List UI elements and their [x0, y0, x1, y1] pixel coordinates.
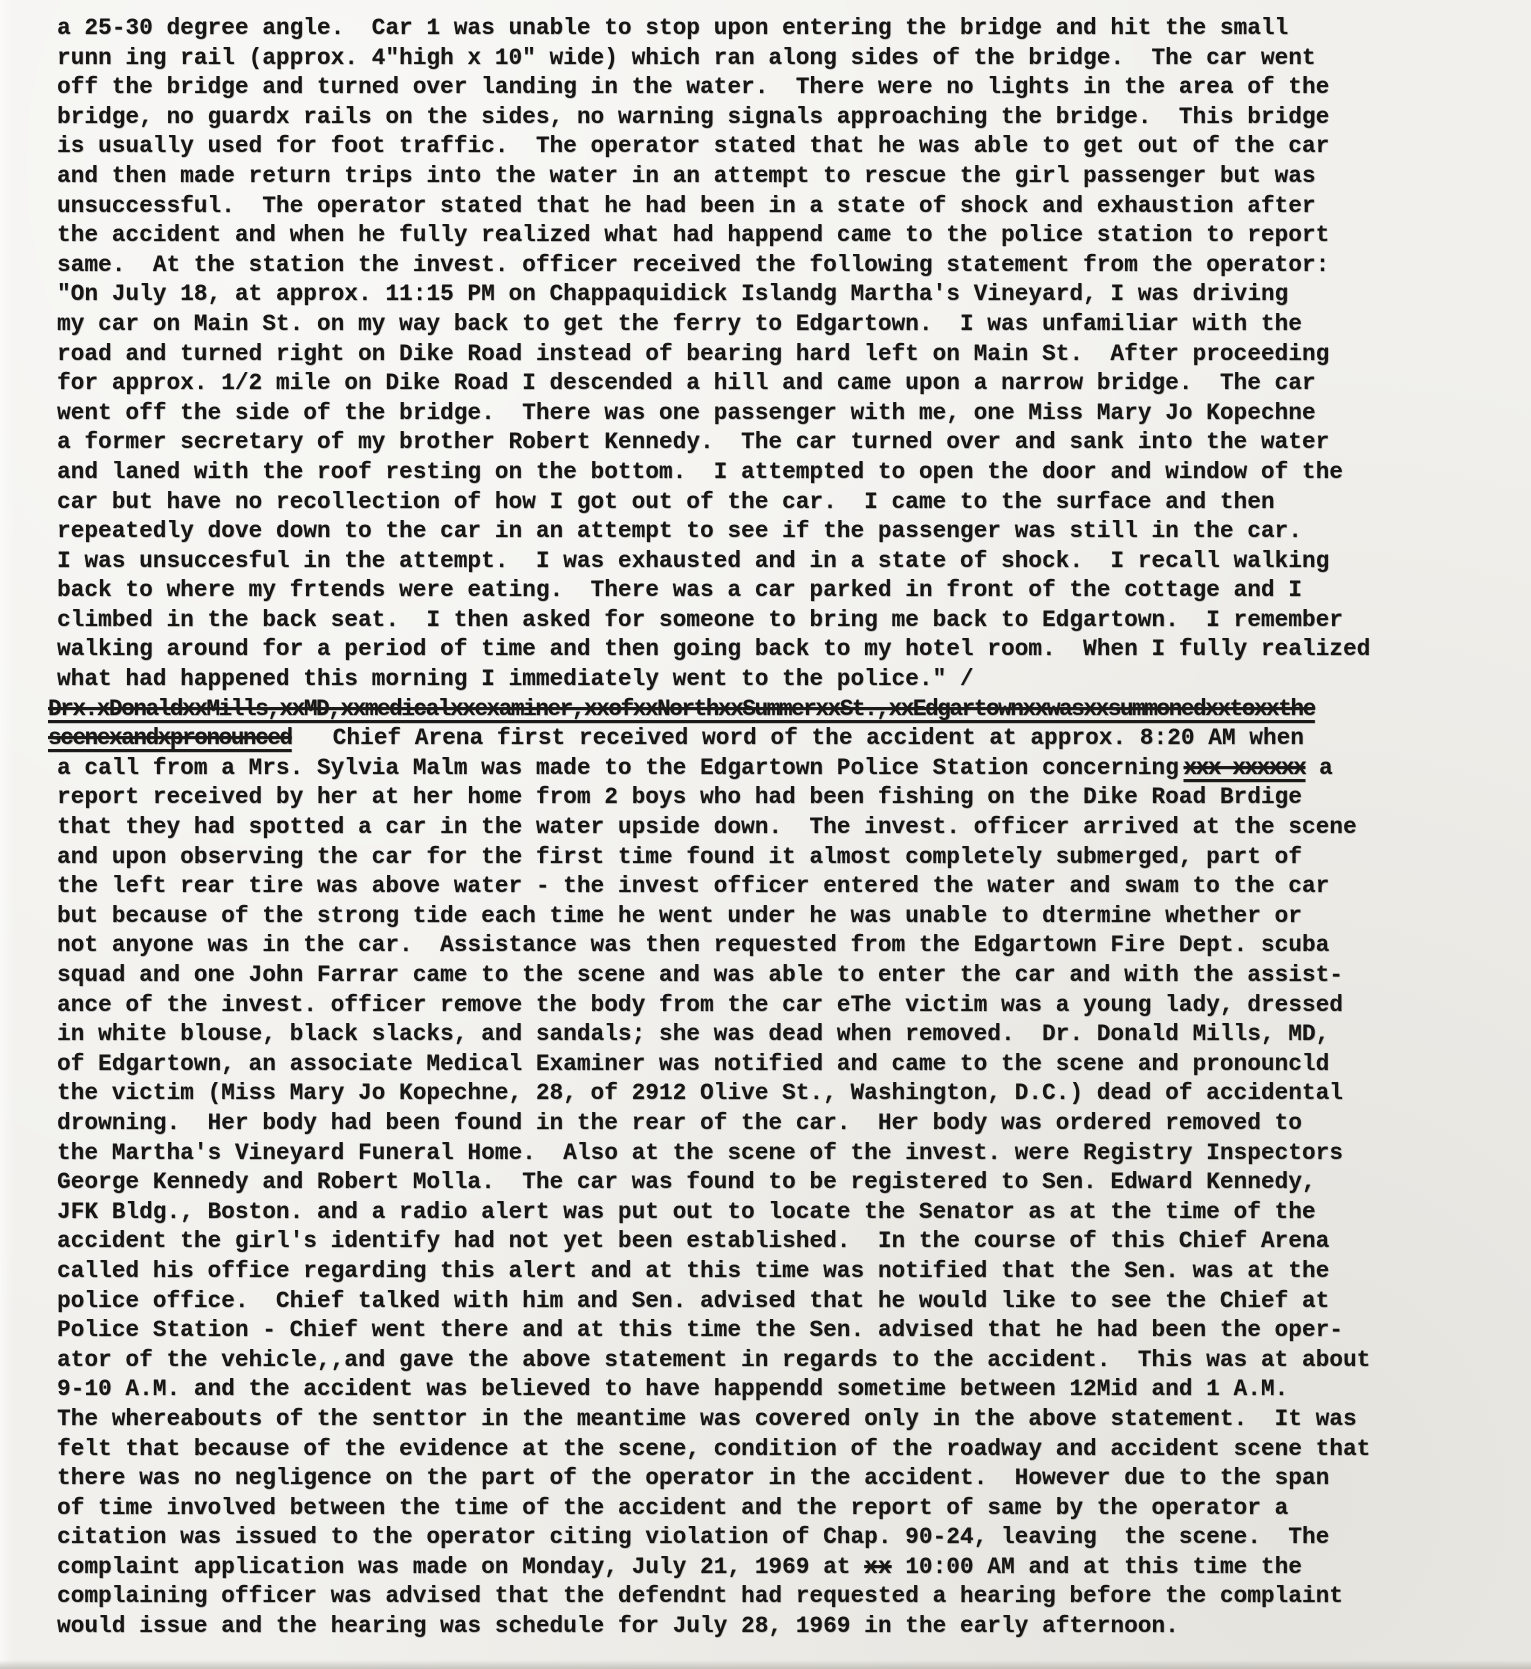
document-lines: a 25-30 degree angle. Car 1 was unable t…: [57, 14, 1531, 1642]
scan-edge-left: [0, 0, 14, 1669]
struck-text: scenexandxpronounced: [48, 725, 292, 751]
text-line: my car on Main St. on my way back to get…: [57, 310, 1531, 340]
text-line: a former secretary of my brother Robert …: [57, 428, 1531, 458]
text-line: ance of the invest. officer remove the b…: [57, 991, 1531, 1021]
text-line: that they had spotted a car in the water…: [57, 813, 1531, 843]
text-line: citation was issued to the operator citi…: [57, 1523, 1531, 1553]
text-line: scenexandxpronounced Chief Arena first r…: [57, 724, 1531, 754]
text-line: JFK Bldg., Boston. and a radio alert was…: [57, 1198, 1531, 1228]
text-line: the victim (Miss Mary Jo Kopechne, 28, o…: [57, 1079, 1531, 1109]
text-line: and upon observing the car for the first…: [57, 843, 1531, 873]
text-line: same. At the station the invest. officer…: [57, 251, 1531, 281]
text-line: "On July 18, at approx. 11:15 PM on Chap…: [57, 280, 1531, 310]
text-line: George Kennedy and Robert Molla. The car…: [57, 1168, 1531, 1198]
text-line: runn ing rail (approx. 4"high x 10" wide…: [57, 44, 1531, 74]
text-line: in white blouse, black slacks, and sanda…: [57, 1020, 1531, 1050]
text-line: for approx. 1/2 mile on Dike Road I desc…: [57, 369, 1531, 399]
text-line: police office. Chief talked with him and…: [57, 1287, 1531, 1317]
text-line: what had happened this morning I immedia…: [57, 665, 1531, 695]
text-line: a 25-30 degree angle. Car 1 was unable t…: [57, 14, 1531, 44]
text-line: of time involved between the time of the…: [57, 1494, 1531, 1524]
text-line: of Edgartown, an associate Medical Exami…: [57, 1050, 1531, 1080]
text-line: called his office regarding this alert a…: [57, 1257, 1531, 1287]
text-line: off the bridge and turned over landing i…: [57, 73, 1531, 103]
text-line: back to where my frtends were eating. Th…: [57, 576, 1531, 606]
text-line: the Martha's Vineyard Funeral Home. Also…: [57, 1139, 1531, 1169]
text-line: is usually used for foot traffic. The op…: [57, 132, 1531, 162]
text-line: felt that because of the evidence at the…: [57, 1435, 1531, 1465]
text-line: but because of the strong tide each time…: [57, 902, 1531, 932]
text-line: climbed in the back seat. I then asked f…: [57, 606, 1531, 636]
struck-text: xxx xxxxxx: [1183, 755, 1305, 781]
text-line: a call from a Mrs. Sylvia Malm was made …: [57, 754, 1531, 784]
text-line: the left rear tire was above water - the…: [57, 872, 1531, 902]
text-line: complaining officer was advised that the…: [57, 1582, 1531, 1612]
text-line: complaint application was made on Monday…: [57, 1553, 1531, 1583]
scan-edge-bottom: [0, 1660, 1531, 1669]
text-line: Drx.xDonaldxxMills,xxMD,xxmedicalxxexami…: [57, 695, 1531, 725]
text-line: went off the side of the bridge. There w…: [57, 399, 1531, 429]
text-line: The whereabouts of the senttor in the me…: [57, 1405, 1531, 1435]
text-line: and then made return trips into the wate…: [57, 162, 1531, 192]
text-line: road and turned right on Dike Road inste…: [57, 340, 1531, 370]
text-line: there was no negligence on the part of t…: [57, 1464, 1531, 1494]
text-line: squad and one John Farrar came to the sc…: [57, 961, 1531, 991]
text-line: Police Station - Chief went there and at…: [57, 1316, 1531, 1346]
text-line: not anyone was in the car. Assistance wa…: [57, 931, 1531, 961]
text-line: ator of the vehicle,,and gave the above …: [57, 1346, 1531, 1376]
text-line: and laned with the roof resting on the b…: [57, 458, 1531, 488]
struck-text: Drx.xDonaldxxMills,xxMD,xxmedicalxxexami…: [48, 696, 1315, 722]
document-page: a 25-30 degree angle. Car 1 was unable t…: [0, 0, 1531, 1669]
text-line: drowning. Her body had been found in the…: [57, 1109, 1531, 1139]
text-line: unsuccessful. The operator stated that h…: [57, 192, 1531, 222]
text-line: the accident and when he fully realized …: [57, 221, 1531, 251]
text-line: walking around for a period of time and …: [57, 635, 1531, 665]
text-line: repeatedly dove down to the car in an at…: [57, 517, 1531, 547]
struck-text: xx: [864, 1554, 891, 1580]
text-line: 9-10 A.M. and the accident was believed …: [57, 1375, 1531, 1405]
text-line: report received by her at her home from …: [57, 783, 1531, 813]
text-line: bridge, no guardx rails on the sides, no…: [57, 103, 1531, 133]
text-line: car but have no recollection of how I go…: [57, 488, 1531, 518]
text-line: I was unsuccesful in the attempt. I was …: [57, 547, 1531, 577]
text-line: accident the girl's identify had not yet…: [57, 1227, 1531, 1257]
text-line: would issue and the hearing was schedule…: [57, 1612, 1531, 1642]
